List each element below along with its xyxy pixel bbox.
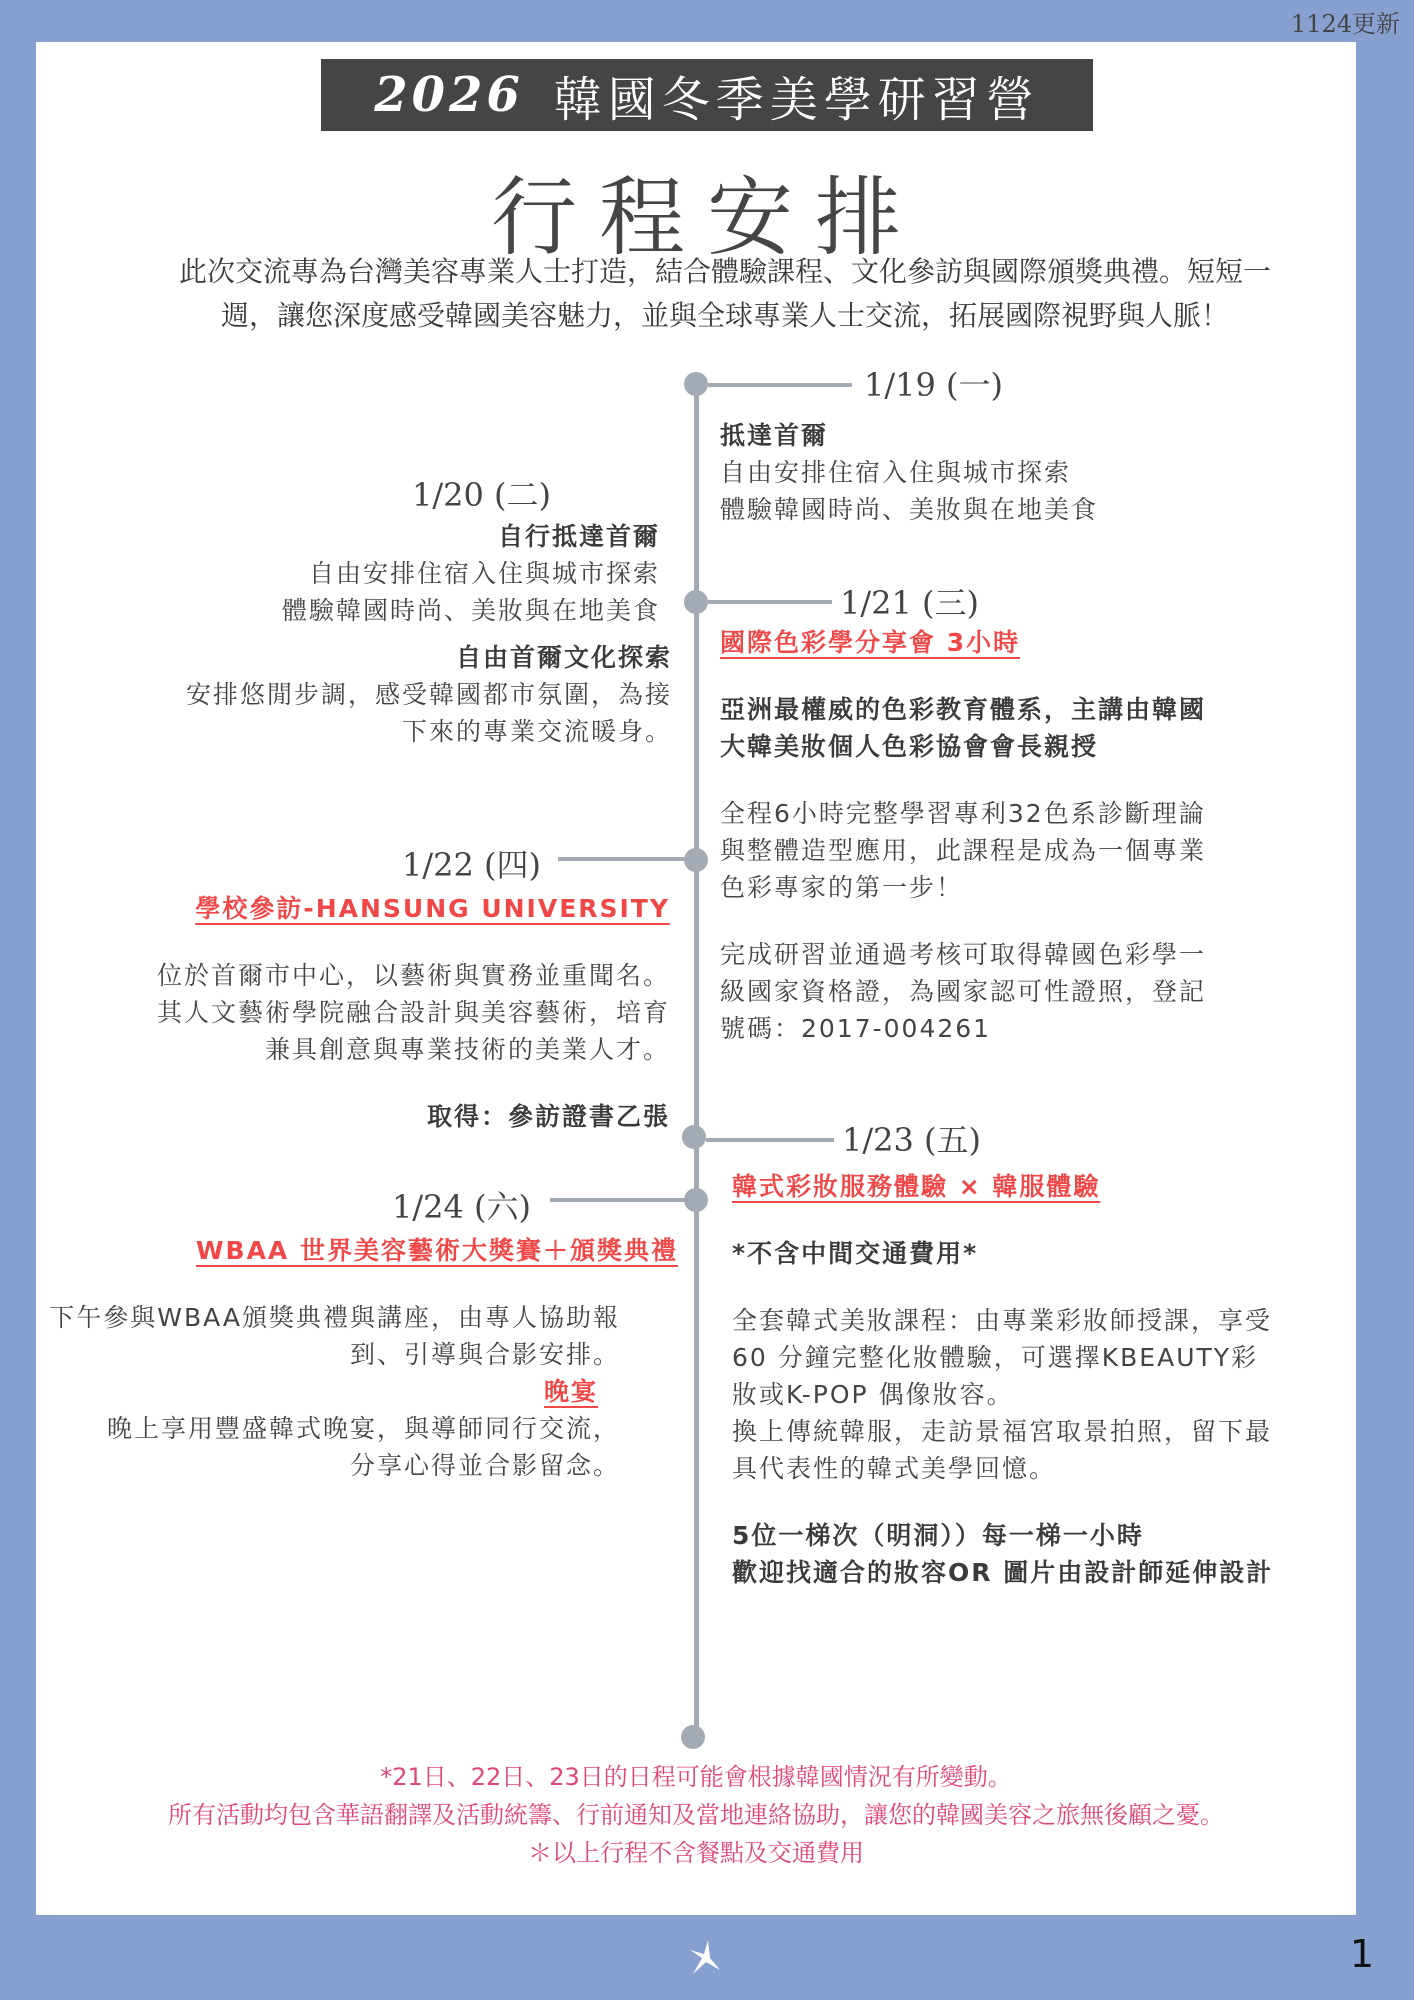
- connector-0123: [706, 1138, 834, 1142]
- footer-line: ＊以上行程不含餐點及交通費用: [36, 1834, 1356, 1872]
- text-line: 5位一梯次（明洞））每一梯一小時: [732, 1517, 1352, 1554]
- text-line: 具代表性的韓式美學回憶。: [732, 1450, 1352, 1487]
- registration-number: 號碼：2017-004261: [720, 1010, 1350, 1047]
- intro-line: 此次交流專為台灣美容專業人士打造，結合體驗課程、文化參訪與國際頒獎典禮。短短一: [100, 250, 1350, 294]
- text-line: 兼具創意與專業技術的美業人才。: [30, 1031, 670, 1068]
- text-line: 位於首爾市中心，以藝術與實務並重聞名。: [30, 957, 670, 994]
- text-line: 全套韓式美妝課程：由專業彩妝師授課，享受: [732, 1302, 1352, 1339]
- text-line: 大韓美妝個人色彩協會會長親授: [720, 728, 1350, 765]
- text-line: 體驗韓國時尚、美妝與在地美食: [720, 491, 1098, 528]
- highlight-title: 韓式彩妝服務體驗 × 韓服體驗: [732, 1168, 1352, 1205]
- text-line: 下來的專業交流暖身。: [60, 713, 672, 750]
- text-line: 歡迎找適合的妝容OR 圖片由設計師延伸設計: [732, 1554, 1352, 1591]
- text-line: 亞洲最權威的色彩教育體系，主講由韓國: [720, 691, 1350, 728]
- text-line: 完成研習並通過考核可取得韓國色彩學一: [720, 936, 1350, 973]
- timeline-node-0124: [684, 1188, 708, 1212]
- date-0119: 1/19 (一): [864, 360, 1003, 406]
- intro-text: 此次交流專為台灣美容專業人士打造，結合體驗課程、文化參訪與國際頒獎典禮。短短一 …: [100, 250, 1350, 338]
- text-line: 色彩專家的第一步！: [720, 869, 1350, 906]
- date-0123: 1/23 (五): [842, 1115, 981, 1161]
- day-0123-content: 韓式彩妝服務體驗 × 韓服體驗 *不含中間交通費用* 全套韓式美妝課程：由專業彩…: [732, 1168, 1352, 1591]
- text-line: 其人文藝術學院融合設計與美容藝術，培育: [30, 994, 670, 1031]
- certificate-note: 取得：參訪證書乙張: [30, 1098, 670, 1135]
- timeline-node-0119: [684, 372, 708, 396]
- text-line: 下午參與WBAA頒獎典禮與講座，由專人協助報: [18, 1299, 620, 1336]
- day-heading: 自行抵達首爾: [60, 518, 660, 555]
- update-tag: 1124更新: [1291, 4, 1400, 39]
- date-0122: 1/22 (四): [402, 840, 541, 886]
- connector-0124: [550, 1198, 686, 1202]
- text-line: 60 分鐘完整化妝體驗，可選擇KBEAUTY彩: [732, 1339, 1352, 1376]
- text-line: 級國家資格證，為國家認可性證照，登記: [720, 973, 1350, 1010]
- date-0124: 1/24 (六): [392, 1182, 531, 1228]
- highlight-title: 國際色彩學分享會 3小時: [720, 624, 1350, 661]
- dinner-highlight: 晚宴: [18, 1373, 598, 1410]
- footer-line: *21日、22日、23日的日程可能會根據韓國情況有所變動。: [36, 1758, 1356, 1796]
- date-0121: 1/21 (三): [840, 578, 979, 624]
- banner: 2026 韓國冬季美學研習營: [321, 59, 1093, 131]
- footer-line: 所有活動均包含華語翻譯及活動統籌、行前通知及當地連絡協助，讓您的韓國美容之旅無後…: [36, 1796, 1356, 1834]
- highlight-title: 學校參訪-HANSUNG UNIVERSITY: [30, 890, 670, 927]
- text-line: 晚上享用豐盛韓式晚宴，與導師同行交流，: [18, 1410, 620, 1447]
- day-0120-content: 自行抵達首爾 自由安排住宿入住與城市探索 體驗韓國時尚、美妝與在地美食 自由首爾…: [60, 518, 660, 750]
- day-heading: 抵達首爾: [720, 417, 1098, 454]
- sparkle-icon: [690, 1940, 720, 1974]
- timeline-line: [694, 384, 699, 1736]
- text-line: 自由安排住宿入住與城市探索: [60, 555, 660, 592]
- text-line: 到、引導與合影安排。: [18, 1336, 620, 1373]
- text-line: 安排悠閒步調，感受韓國都市氛圍，為接: [60, 676, 672, 713]
- timeline-node-0123: [682, 1125, 706, 1149]
- transport-note: *不含中間交通費用*: [732, 1235, 1352, 1272]
- text-line: 與整體造型應用，此課程是成為一個專業: [720, 832, 1350, 869]
- day-0124-content: WBAA 世界美容藝術大獎賽＋頒獎典禮 下午參與WBAA頒獎典禮與講座，由專人協…: [18, 1232, 678, 1484]
- banner-title: 韓國冬季美學研習營: [554, 61, 1040, 130]
- text-line: 妝或K-POP 偶像妝容。: [732, 1376, 1352, 1413]
- day-0119-content: 抵達首爾 自由安排住宿入住與城市探索 體驗韓國時尚、美妝與在地美食: [720, 417, 1098, 528]
- connector-0119: [708, 383, 852, 387]
- highlight-title: WBAA 世界美容藝術大獎賽＋頒獎典禮: [18, 1232, 678, 1269]
- text-line: 全程6小時完整學習專利32色系診斷理論: [720, 795, 1350, 832]
- text-line: 體驗韓國時尚、美妝與在地美食: [60, 592, 660, 629]
- footer-notes: *21日、22日、23日的日程可能會根據韓國情況有所變動。 所有活動均包含華語翻…: [36, 1758, 1356, 1872]
- day-0122-content: 學校參訪-HANSUNG UNIVERSITY 位於首爾市中心，以藝術與實務並重…: [30, 890, 670, 1135]
- text-line: 分享心得並合影留念。: [18, 1447, 620, 1484]
- connector-0122: [558, 857, 686, 861]
- day-0121-content: 國際色彩學分享會 3小時 亞洲最權威的色彩教育體系，主講由韓國 大韓美妝個人色彩…: [720, 624, 1350, 1047]
- connector-0121: [708, 600, 832, 604]
- page-number: 1: [1350, 1932, 1374, 1976]
- text-line: 自由安排住宿入住與城市探索: [720, 454, 1098, 491]
- intro-line: 週，讓您深度感受韓國美容魅力，並與全球專業人士交流，拓展國際視野與人脈！: [100, 294, 1350, 338]
- day-heading-2: 自由首爾文化探索: [60, 639, 672, 676]
- text-line: 換上傳統韓服，走訪景福宮取景拍照，留下最: [732, 1413, 1352, 1450]
- banner-year: 2026: [374, 67, 524, 123]
- timeline-node-0121: [684, 590, 708, 614]
- date-0120: 1/20 (二): [412, 470, 551, 516]
- timeline-node-0122: [684, 848, 708, 872]
- timeline-end-node: [681, 1725, 705, 1749]
